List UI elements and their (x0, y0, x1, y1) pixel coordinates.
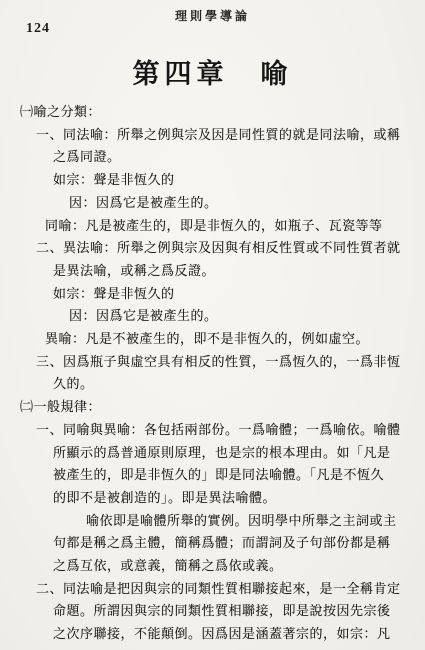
text-line: 被產生的，即是非恆久的」即是同法喻體。「凡是不恆久 (53, 464, 420, 487)
book-page: 理則學導論 124 第四章 喻 ㈠喻之分類： 一、同法喻：所舉之例與宗及因是同性… (0, 0, 425, 650)
body-text: ㈠喻之分類： 一、同法喻：所舉之例與宗及因是同性質的就是同法喻，或稱 之爲同證。… (20, 101, 420, 646)
text-line: 三、因爲瓶子與虛空具有相反的性質，一爲恆久的，一爲非恆 (36, 351, 420, 374)
section-heading-2: ㈡一般規律： (20, 396, 420, 419)
text-line: 一、同喻與異喻：各包括兩部份。一爲喻體；一爲喻依。喻體 (36, 419, 420, 442)
text-line: 所顯示的爲普通原則原理，也是宗的根本理由。如「凡是 (53, 442, 420, 465)
text-line: 一、同法喻：所舉之例與宗及因是同性質的就是同法喻，或稱 (36, 124, 420, 147)
text-line: 二、同法喻是把因與宗的同類性質相聯接起來，是一全稱肯定 (36, 578, 420, 601)
text-line: 久的。 (53, 373, 420, 396)
text-line: 因：因爲它是被產生的。 (69, 192, 420, 215)
running-title: 理則學導論 (0, 7, 425, 24)
text-line: 如宗：聲是非恆久的 (53, 283, 420, 306)
text-line: 之爲同證。 (53, 146, 420, 169)
text-line: 是異法喻，或稱之爲反證。 (53, 260, 420, 283)
chapter-title: 第四章 喻 (0, 52, 425, 91)
text-line: 異喻：凡是不被產生的，即不是非恆久的，例如虛空。 (45, 328, 420, 351)
text-line: 之次序聯接，不能顛倒。因爲因是涵蓋著宗的，如宗：凡 (53, 623, 420, 646)
text-line: 因：因爲它是被產生的。 (69, 305, 420, 328)
text-line: 同喻：凡是被產生的，即是非恆久的，如瓶子、瓦瓷等等 (45, 215, 420, 238)
page-number: 124 (26, 21, 50, 37)
section-heading-1: ㈠喻之分類： (20, 101, 420, 124)
text-line: 之爲互依，或意義，簡稱之爲依或義。 (53, 555, 420, 578)
text-line: 命題。所謂因與宗的同類性質相聯接，即是說按因先宗後 (53, 600, 420, 623)
text-line: 的即不是被創造的」。即是異法喻體。 (53, 487, 420, 510)
text-line: 喻依即是喻體所舉的實例。因明學中所舉之主詞或主 (86, 510, 420, 533)
text-line: 二、異法喻：所舉之例與宗及因與有相反性質或不同性質者就 (36, 237, 420, 260)
text-line: 如宗：聲是非恆久的 (53, 169, 420, 192)
text-line: 句都是稱之爲主體，簡稱爲體；而謂詞及子句部份都是稱 (53, 532, 420, 555)
